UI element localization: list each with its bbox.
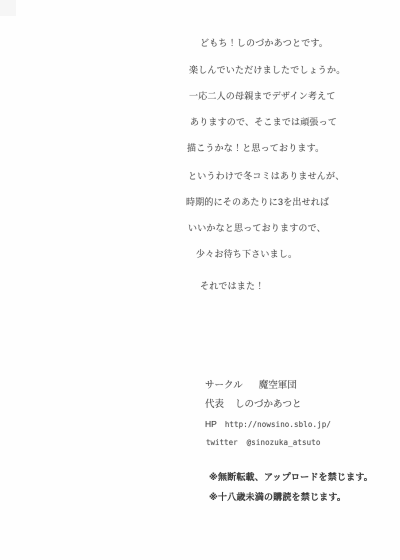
afterword-line-4: ありますので、そこまでは頑張って xyxy=(190,116,337,128)
afterword-line-8: いいかなと思っておりますので、 xyxy=(188,222,326,234)
hp-label: HP xyxy=(205,418,217,430)
afterword-line-5: 描こうかな！と思っております。 xyxy=(187,142,324,154)
afterword-line-3: 一応二人の母親までデザイン考えて xyxy=(189,90,336,102)
afterword-line-9: 少々お待ち下さいまし。 xyxy=(196,248,297,260)
representative-name: しのづかあつと xyxy=(235,399,302,411)
twitter-handle: @sinozuka_atsuto xyxy=(247,437,321,449)
notice-line-1: ※無断転載、アップロードを禁じます。 xyxy=(209,472,373,483)
afterword-line-1: どもち！しのづかあつとです。 xyxy=(200,37,328,49)
circle-name: 魔空軍団 xyxy=(259,380,297,392)
afterword-page: どもち！しのづかあつとです。 楽しんでいただけましたでしょうか。 一応二人の母親… xyxy=(0,0,400,560)
circle-label: サークル xyxy=(205,380,243,392)
afterword-line-2: 楽しんでいただけましたでしょうか。 xyxy=(189,64,345,76)
hp-url: http://nowsino.sblo.jp/ xyxy=(225,419,331,431)
representative-label: 代表 xyxy=(205,399,224,411)
twitter-info-row: twitter @sinozuka_atsuto xyxy=(206,437,320,449)
homepage-info-row: HP http://nowsino.sblo.jp/ xyxy=(205,418,331,431)
afterword-line-10: それではまた！ xyxy=(200,280,264,292)
afterword-line-7: 時期的にそのあたりに3を出せれば xyxy=(186,196,329,208)
afterword-line-6: というわけで冬コミはありませんが、 xyxy=(188,170,344,182)
twitter-label: twitter xyxy=(206,437,238,449)
scan-artifact xyxy=(0,0,16,16)
notice-line-2: ※十八歳未満の購読を禁じます。 xyxy=(209,492,346,503)
circle-info-row: サークル 魔空軍団 xyxy=(205,380,297,392)
representative-info-row: 代表 しのづかあつと xyxy=(205,399,302,411)
